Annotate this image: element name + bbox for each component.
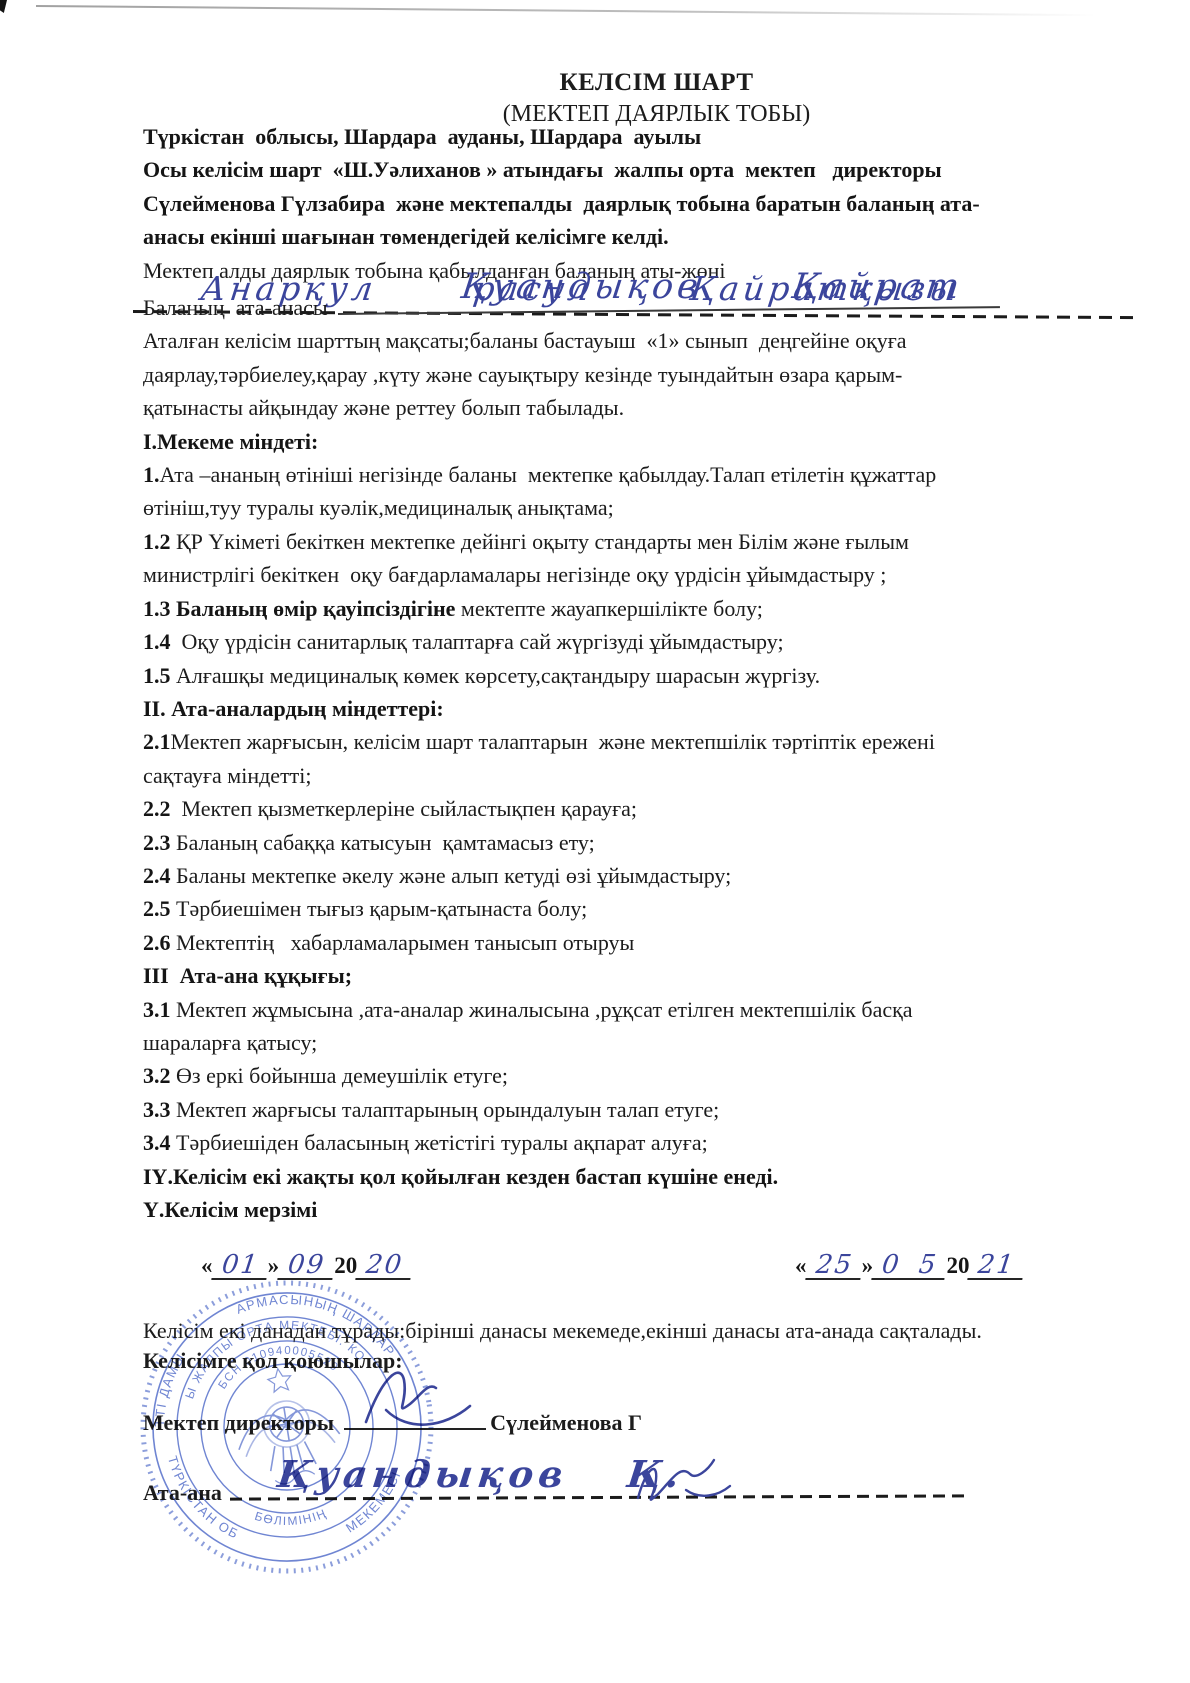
text-segment: 2.1 xyxy=(143,729,171,754)
text-segment: 2.6 xyxy=(143,930,176,955)
text-segment: Мектеп жарғысын, келісім шарт талаптарын… xyxy=(171,729,935,754)
document-line: ІҮ.Келісім екі жақты қол қойылған кезден… xyxy=(143,1160,1110,1193)
document-line: 2.5 Тәрбиешімен тығыз қарым-қатынаста бо… xyxy=(143,892,1110,925)
text-segment: Баланың сабаққа катысуын қамтамасыз ету; xyxy=(176,830,595,855)
text-segment: Мектеп жарғысы талаптарының орындалуын т… xyxy=(176,1097,719,1122)
text-segment: 3.4 xyxy=(143,1130,176,1155)
document-line: 3.3 Мектеп жарғысы талаптарының орындалу… xyxy=(143,1093,1110,1126)
handwritten-parent-name: Қуандықов Қайрат xyxy=(459,271,965,304)
scan-edge-line xyxy=(36,5,1188,17)
document-line: 1.2 ҚР Үкіметі бекіткен мектепке дейінгі… xyxy=(143,525,1110,558)
text-segment: Тәрбиешімен тығыз қарым-қатынаста болу; xyxy=(176,896,587,921)
text-segment: Сүлейменова Гүлзабира және мектепалды да… xyxy=(143,191,980,216)
text-segment: ІҮ.Келісім екі жақты қол қойылған кезден… xyxy=(143,1164,778,1189)
document-line: 1.5 Алғашқы медициналық көмек көрсету,са… xyxy=(143,659,1110,692)
svg-text:МЕКЕМЕСІ: МЕКЕМЕСІ xyxy=(336,1466,412,1536)
date-end: «25»0 52021 xyxy=(795,1252,1025,1280)
body-lines: Түркістан облысы, Шардара ауданы, Шардар… xyxy=(143,120,1110,1226)
text-segment: Мектеп қызметкерлеріне сыйластықпен қара… xyxy=(182,796,637,821)
document-line: 3.1 Мектеп жұмысына ,ата-аналар жиналысы… xyxy=(143,993,1110,1026)
text-segment: Оқу үрдісін санитарлық талаптарға сай жү… xyxy=(182,629,784,654)
text-segment: 3.3 xyxy=(143,1097,176,1122)
document-title: КЕЛСІМ ШАРТ xyxy=(203,68,1110,98)
text-segment: Мектеп жұмысына ,ата-аналар жиналысына ,… xyxy=(176,997,913,1022)
text-segment: Баланы мектепке әкелу және алып кетуді ө… xyxy=(176,863,731,888)
text-segment: 1.5 xyxy=(143,663,176,688)
text-segment: 1.3 Баланың өмір қауіпсіздігіне xyxy=(143,596,461,621)
text-segment: 1.4 xyxy=(143,629,182,654)
text-segment: Мектептің хабарламаларымен танысып отыру… xyxy=(176,930,634,955)
scanned-agreement-document: КЕЛСІМ ШАРТ (МЕКТЕП ДАЯРЛЫК ТОБЫ) Түркіс… xyxy=(0,0,1190,1683)
text-segment: қатынасты айқындау және реттеу болып таб… xyxy=(143,395,624,420)
text-segment: Түркістан облысы, Шардара ауданы, Шардар… xyxy=(143,124,701,149)
document-line: 3.4 Тәрбиешіден баласының жетістігі тура… xyxy=(143,1126,1110,1159)
text-segment: Ү.Келісім мерзімі xyxy=(143,1197,317,1222)
document-line: анасы екінші шағынан төмендегідей келісі… xyxy=(143,220,1110,253)
scan-corner-artifact xyxy=(0,0,7,13)
handwritten-month: 0 5 xyxy=(871,1252,948,1280)
document-line: 2.3 Баланың сабаққа катысуын қамтамасыз … xyxy=(143,826,1110,859)
parent-name-field: Баланың ата-анасыҚуандықов Қайрат xyxy=(143,287,1110,324)
text-segment: Алғашқы медициналық көмек көрсету,сақтан… xyxy=(176,663,820,688)
text-segment: ІІ. Ата-аналардың міндеттері: xyxy=(143,696,444,721)
text-segment: 2.5 xyxy=(143,896,176,921)
text-segment: 3.2 xyxy=(143,1063,176,1088)
document-line: Осы келісім шарт «Ш.Уәлиханов » атындағы… xyxy=(143,153,1110,186)
text-segment: шараларға қатысу; xyxy=(143,1030,317,1055)
text-segment: Аталған келісім шарттың мақсаты;баланы б… xyxy=(143,328,907,353)
text-segment: Тәрбиешіден баласының жетістігі туралы а… xyxy=(176,1130,708,1155)
school-round-stamp: ТТІ ДАМЫ АРМАСЫНЫҢ ШАРДАР Ы ЖАЛПЫ ОРТА М… xyxy=(110,1250,465,1605)
document-line: 2.4 Баланы мектепке әкелу және алып кету… xyxy=(143,859,1110,892)
text-segment: 2.4 xyxy=(143,863,176,888)
document-line: 2.6 Мектептің хабарламаларымен танысып о… xyxy=(143,926,1110,959)
document-line: ІІІ Ата-ана құқығы; xyxy=(143,959,1110,992)
text-segment: І.Мекеме міндеті: xyxy=(143,429,318,454)
parent-name-label: Баланың ата-анасы xyxy=(143,295,328,320)
star-icon xyxy=(266,1367,292,1393)
document-line: министрлігі бекіткен оқу бағдарламалары … xyxy=(143,558,1110,591)
text-segment: 2.2 xyxy=(143,796,182,821)
text-segment: сақтауға міндетті; xyxy=(143,763,312,788)
director-name: Сүлейменова Г xyxy=(490,1410,642,1435)
document-line: Аталған келісім шарттың мақсаты;баланы б… xyxy=(143,324,1110,357)
document-line: ІІ. Ата-аналардың міндеттері: xyxy=(143,692,1110,725)
handwritten-year: 21 xyxy=(968,1252,1027,1280)
text-segment: 2.3 xyxy=(143,830,176,855)
text-segment: 3.1 xyxy=(143,997,176,1022)
text-segment: анасы екінші шағынан төмендегідей келісі… xyxy=(143,224,669,249)
text-segment: 1. xyxy=(143,462,160,487)
document-line: І.Мекеме міндеті: xyxy=(143,425,1110,458)
document-line: 1.4 Оқу үрдісін санитарлық талаптарға са… xyxy=(143,625,1110,658)
text-segment: мектепте жауапкершілікте болу; xyxy=(461,596,763,621)
document-line: Ү.Келісім мерзімі xyxy=(143,1193,1110,1226)
text-segment: Өз еркі бойынша демеушілік етуге; xyxy=(176,1063,508,1088)
text-segment: даярлау,тәрбиелеу,қарау ,күту және сауық… xyxy=(143,362,902,387)
document-line: Түркістан облысы, Шардара ауданы, Шардар… xyxy=(143,120,1110,153)
document-line: өтініш,туу туралы куәлік,медициналық аны… xyxy=(143,491,1110,524)
document-line: 2.2 Мектеп қызметкерлеріне сыйластықпен … xyxy=(143,792,1110,825)
handwritten-day: 25 xyxy=(805,1252,864,1280)
text-segment: Ата –ананың өтініші негізінде баланы мек… xyxy=(160,462,937,487)
text-segment: 1.2 xyxy=(143,529,176,554)
document-line: 3.2 Өз еркі бойынша демеушілік етуге; xyxy=(143,1059,1110,1092)
document-line: 1.Ата –ананың өтініші негізінде баланы м… xyxy=(143,458,1110,491)
text-segment: ІІІ Ата-ана құқығы; xyxy=(143,963,352,988)
document-line: шараларға қатысу; xyxy=(143,1026,1110,1059)
svg-text:БӨЛІМІНІҢ: БӨЛІМІНІҢ xyxy=(251,1498,330,1534)
document-line: сақтауға міндетті; xyxy=(143,759,1110,792)
document-line: Сүлейменова Гүлзабира және мектепалды да… xyxy=(143,187,1110,220)
text-segment: Осы келісім шарт «Ш.Уәлиханов » атындағы… xyxy=(143,157,942,182)
text-segment: министрлігі бекіткен оқу бағдарламалары … xyxy=(143,562,886,587)
document-line: даярлау,тәрбиелеу,қарау ,күту және сауық… xyxy=(143,358,1110,391)
parent-signature-flourish xyxy=(630,1446,740,1516)
document-line: қатынасты айқындау және реттеу болып таб… xyxy=(143,391,1110,424)
document-line: 1.3 Баланың өмір қауіпсіздігіне мектепте… xyxy=(143,592,1110,625)
text-segment: өтініш,туу туралы куәлік,медициналық аны… xyxy=(143,495,614,520)
document-line: 2.1Мектеп жарғысын, келісім шарт талапта… xyxy=(143,725,1110,758)
text-segment: ҚР Үкіметі бекіткен мектепке дейінгі оқы… xyxy=(176,529,909,554)
